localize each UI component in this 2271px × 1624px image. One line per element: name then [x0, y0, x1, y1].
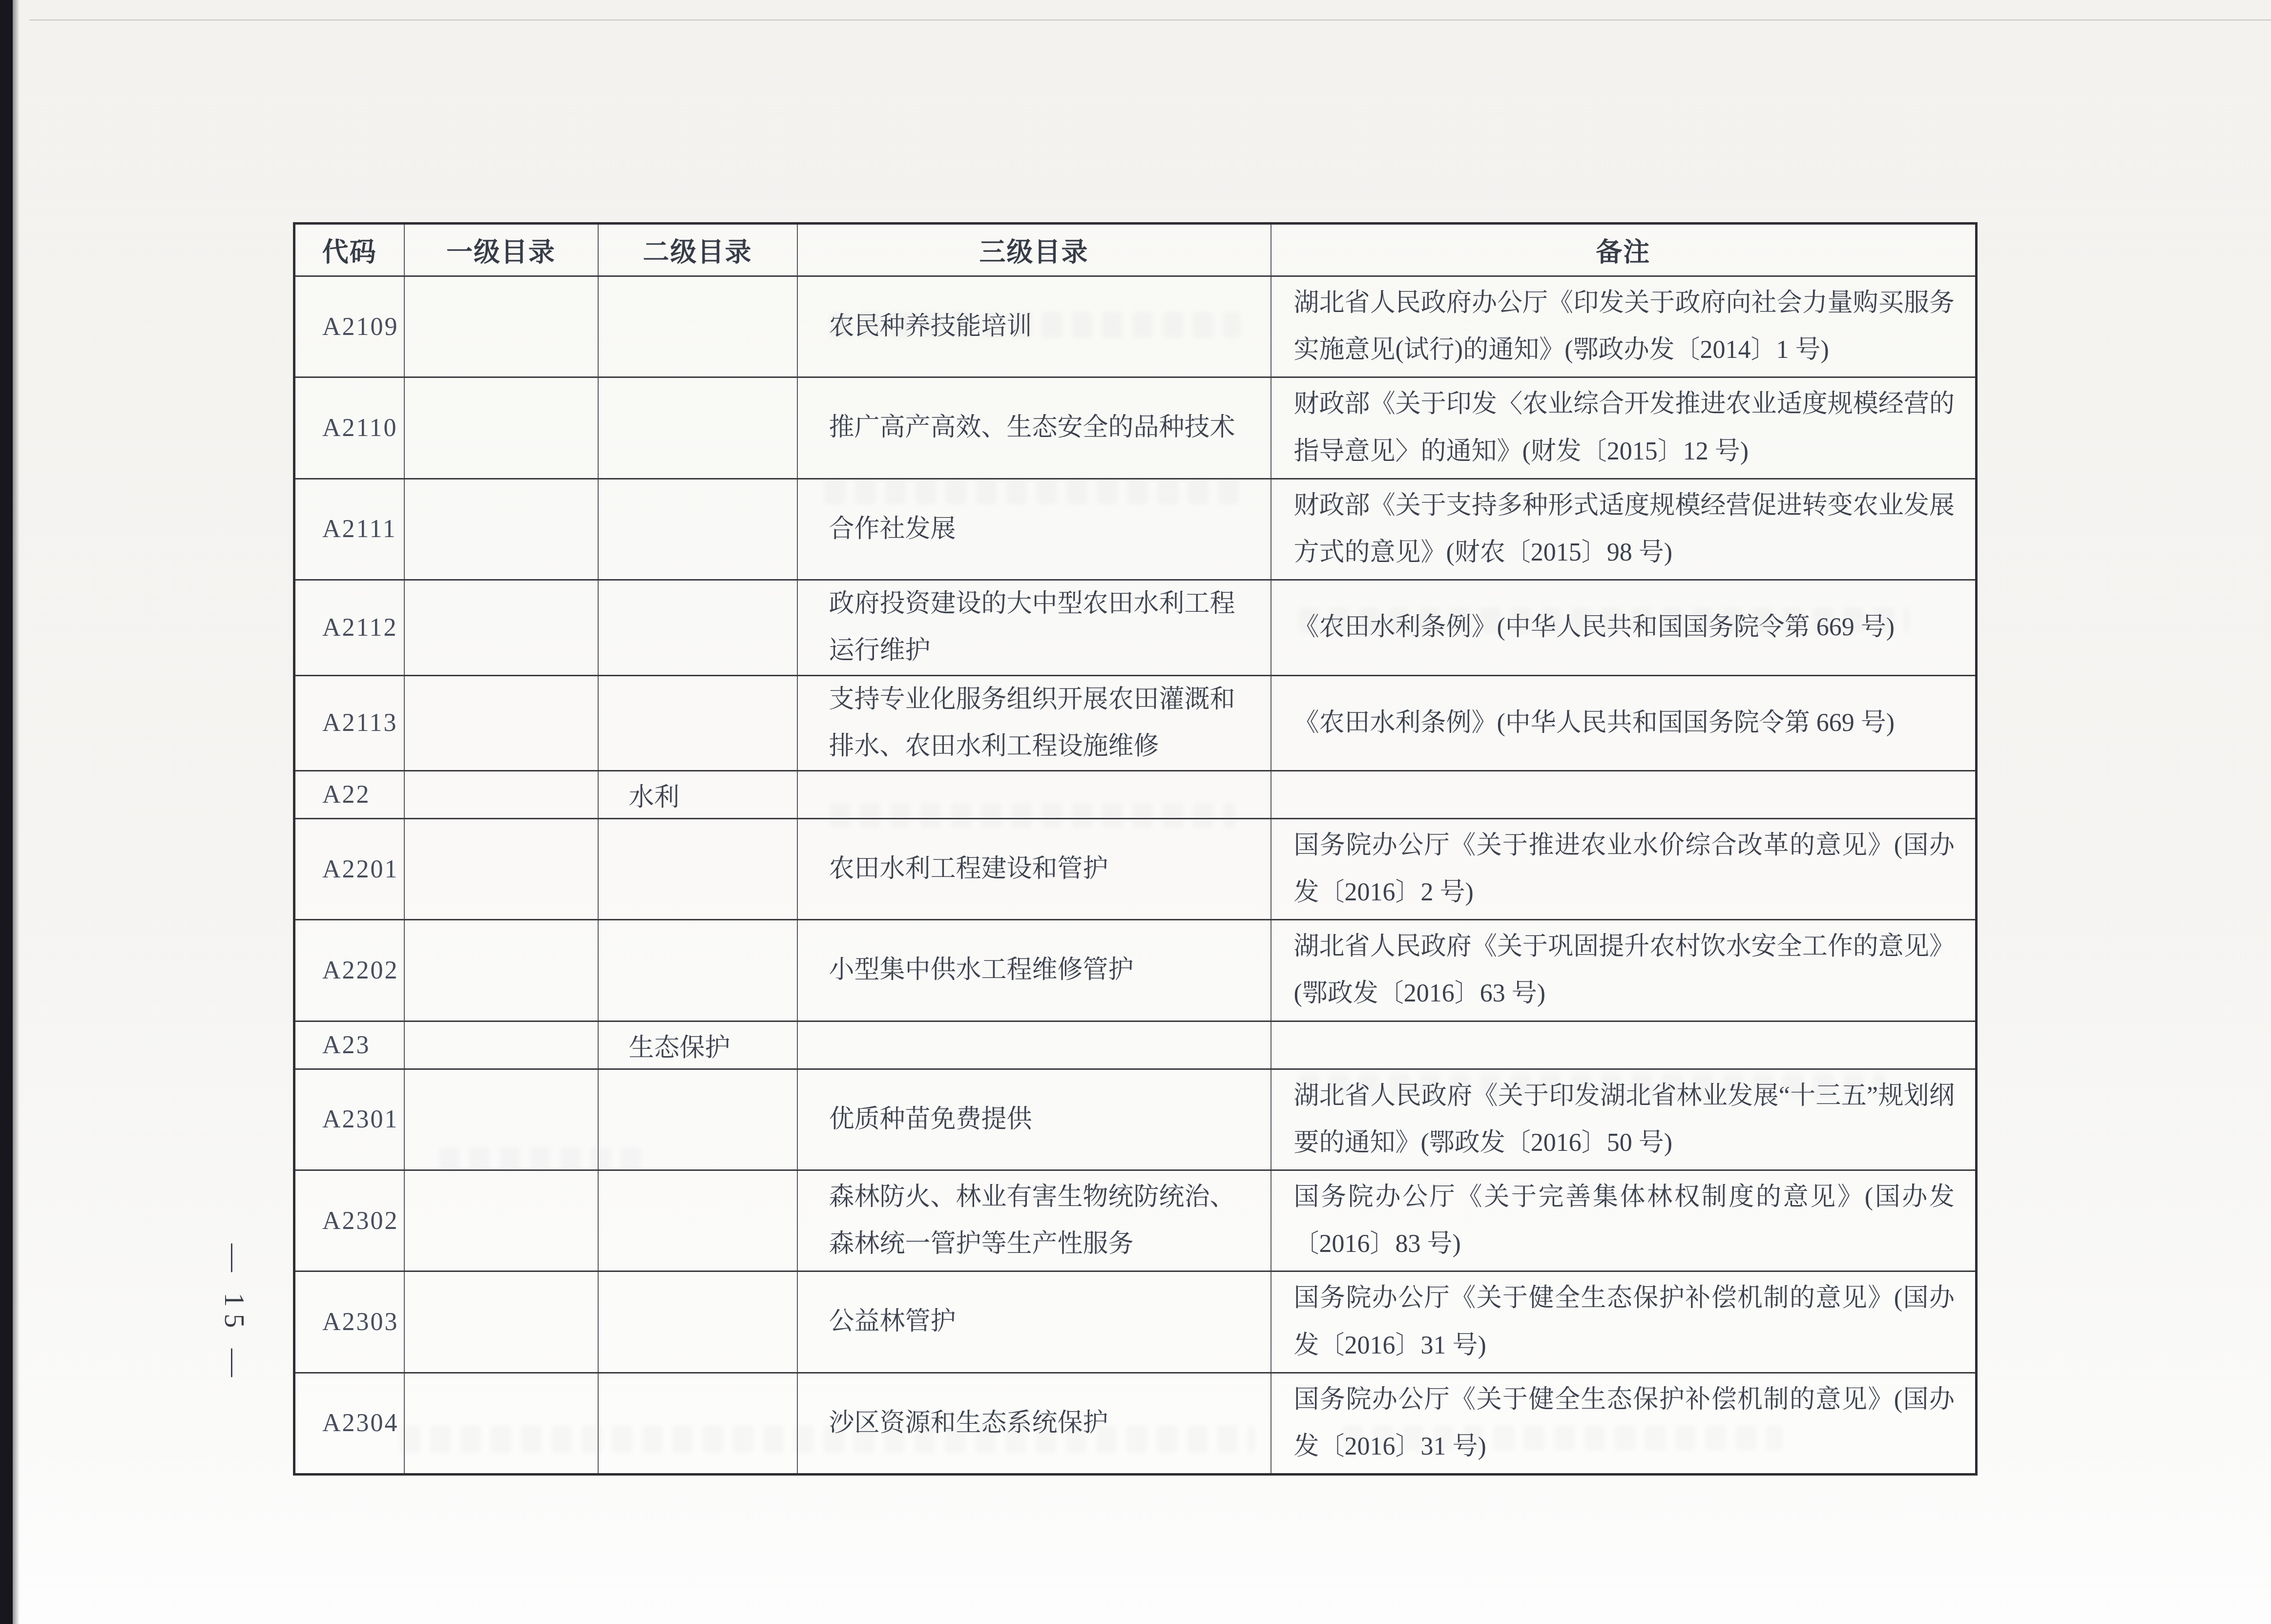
level1-cell [404, 770, 598, 818]
level3-cell [797, 1021, 1271, 1069]
level1-cell [404, 1373, 598, 1474]
column-header-1: 一级目录 [404, 224, 598, 276]
level2-cell [598, 377, 797, 479]
level3-cell: 小型集中供水工程维修管护 [797, 920, 1271, 1021]
remark-cell [1271, 770, 1977, 818]
table-row: A2110推广高产高效、生态安全的品种技术财政部《关于印发〈农业综合开发推进农业… [294, 377, 1977, 479]
table-row: A2202小型集中供水工程维修管护湖北省人民政府《关于巩固提升农村饮水安全工作的… [294, 920, 1977, 1021]
remark-cell: 财政部《关于印发〈农业综合开发推进农业适度规模经营的指导意见〉的通知》(财发〔2… [1271, 377, 1977, 479]
level2-cell [598, 920, 797, 1021]
table-row: A2109农民种养技能培训湖北省人民政府办公厅《印发关于政府向社会力量购买服务实… [294, 276, 1977, 377]
level3-cell: 沙区资源和生态系统保护 [797, 1373, 1271, 1474]
scanned-page: 代码一级目录二级目录三级目录备注 A2109农民种养技能培训湖北省人民政府办公厅… [0, 0, 2271, 1624]
level3-cell: 合作社发展 [797, 479, 1271, 580]
level3-cell: 公益林管护 [797, 1271, 1271, 1373]
code-cell: A22 [294, 770, 404, 818]
code-cell: A2111 [294, 479, 404, 580]
remark-cell: 湖北省人民政府《关于印发湖北省林业发展“十三五”规划纲要的通知》(鄂政发〔201… [1271, 1069, 1977, 1170]
remark-cell: 国务院办公厅《关于完善集体林权制度的意见》(国办发〔2016〕83 号) [1271, 1170, 1977, 1271]
remark-cell: 国务院办公厅《关于健全生态保护补偿机制的意见》(国办发〔2016〕31 号) [1271, 1271, 1977, 1373]
level2-cell [598, 1069, 797, 1170]
table-row: A2302森林防火、林业有害生物统防统治、森林统一管护等生产性服务国务院办公厅《… [294, 1170, 1977, 1271]
level3-cell [797, 770, 1271, 818]
level1-cell [404, 479, 598, 580]
level2-cell: 生态保护 [598, 1021, 797, 1069]
table-row: A23生态保护 [294, 1021, 1977, 1069]
header-row: 代码一级目录二级目录三级目录备注 [294, 224, 1977, 276]
code-cell: A2110 [294, 377, 404, 479]
level1-cell [404, 1170, 598, 1271]
remark-cell: 国务院办公厅《关于推进农业水价综合改革的意见》(国办发〔2016〕2 号) [1271, 818, 1977, 919]
scan-edge-shadow [0, 0, 13, 1624]
level2-cell [598, 1170, 797, 1271]
remark-cell: 湖北省人民政府《关于巩固提升农村饮水安全工作的意见》(鄂政发〔2016〕63 号… [1271, 920, 1977, 1021]
level1-cell [404, 377, 598, 479]
scan-top-hairline [29, 20, 2271, 21]
level3-cell: 政府投资建设的大中型农田水利工程运行维护 [797, 580, 1271, 675]
table-header: 代码一级目录二级目录三级目录备注 [294, 224, 1977, 276]
level1-cell [404, 1021, 598, 1069]
level3-cell: 农民种养技能培训 [797, 276, 1271, 377]
remark-cell: 湖北省人民政府办公厅《印发关于政府向社会力量购买服务实施意见(试行)的通知》(鄂… [1271, 276, 1977, 377]
column-header-4: 备注 [1271, 224, 1977, 276]
catalog-table: 代码一级目录二级目录三级目录备注 A2109农民种养技能培训湖北省人民政府办公厅… [293, 222, 1978, 1476]
remark-cell: 国务院办公厅《关于健全生态保护补偿机制的意见》(国办发〔2016〕31 号) [1271, 1373, 1977, 1474]
level2-cell [598, 479, 797, 580]
remark-cell: 财政部《关于支持多种形式适度规模经营促进转变农业发展方式的意见》(财农〔2015… [1271, 479, 1977, 580]
level1-cell [404, 818, 598, 919]
table-row: A2301优质种苗免费提供湖北省人民政府《关于印发湖北省林业发展“十三五”规划纲… [294, 1069, 1977, 1170]
level2-cell [598, 818, 797, 919]
column-header-0: 代码 [294, 224, 404, 276]
level1-cell [404, 580, 598, 675]
code-cell: A2302 [294, 1170, 404, 1271]
level3-cell: 支持专业化服务组织开展农田灌溉和排水、农田水利工程设施维修 [797, 675, 1271, 770]
code-cell: A2304 [294, 1373, 404, 1474]
table-row: A2113支持专业化服务组织开展农田灌溉和排水、农田水利工程设施维修《农田水利条… [294, 675, 1977, 770]
level2-cell [598, 580, 797, 675]
level1-cell [404, 675, 598, 770]
column-header-2: 二级目录 [598, 224, 797, 276]
table-row: A22水利 [294, 770, 1977, 818]
code-cell: A2201 [294, 818, 404, 919]
level2-cell: 水利 [598, 770, 797, 818]
code-cell: A2109 [294, 276, 404, 377]
level1-cell [404, 276, 598, 377]
remark-cell: 《农田水利条例》(中华人民共和国国务院令第 669 号) [1271, 580, 1977, 675]
level3-cell: 推广高产高效、生态安全的品种技术 [797, 377, 1271, 479]
scan-edge-shadow-soft [13, 0, 20, 1624]
level3-cell: 农田水利工程建设和管护 [797, 818, 1271, 919]
code-cell: A2202 [294, 920, 404, 1021]
level2-cell [598, 1271, 797, 1373]
page-number: — 15 — [186, 1211, 283, 1416]
table-row: A2304沙区资源和生态系统保护国务院办公厅《关于健全生态保护补偿机制的意见》(… [294, 1373, 1977, 1474]
level2-cell [598, 276, 797, 377]
table-row: A2111合作社发展财政部《关于支持多种形式适度规模经营促进转变农业发展方式的意… [294, 479, 1977, 580]
code-cell: A2303 [294, 1271, 404, 1373]
column-header-3: 三级目录 [797, 224, 1271, 276]
table-row: A2303公益林管护国务院办公厅《关于健全生态保护补偿机制的意见》(国办发〔20… [294, 1271, 1977, 1373]
remark-cell [1271, 1021, 1977, 1069]
code-cell: A2112 [294, 580, 404, 675]
level2-cell [598, 675, 797, 770]
remark-cell: 《农田水利条例》(中华人民共和国国务院令第 669 号) [1271, 675, 1977, 770]
level1-cell [404, 1069, 598, 1170]
level2-cell [598, 1373, 797, 1474]
level3-cell: 优质种苗免费提供 [797, 1069, 1271, 1170]
code-cell: A2113 [294, 675, 404, 770]
level3-cell: 森林防火、林业有害生物统防统治、森林统一管护等生产性服务 [797, 1170, 1271, 1271]
page-number-label: — 15 — [218, 1244, 251, 1384]
table-row: A2201农田水利工程建设和管护国务院办公厅《关于推进农业水价综合改革的意见》(… [294, 818, 1977, 919]
level1-cell [404, 1271, 598, 1373]
code-cell: A23 [294, 1021, 404, 1069]
level1-cell [404, 920, 598, 1021]
table-row: A2112政府投资建设的大中型农田水利工程运行维护《农田水利条例》(中华人民共和… [294, 580, 1977, 675]
code-cell: A2301 [294, 1069, 404, 1170]
table-body: A2109农民种养技能培训湖北省人民政府办公厅《印发关于政府向社会力量购买服务实… [294, 276, 1977, 1475]
